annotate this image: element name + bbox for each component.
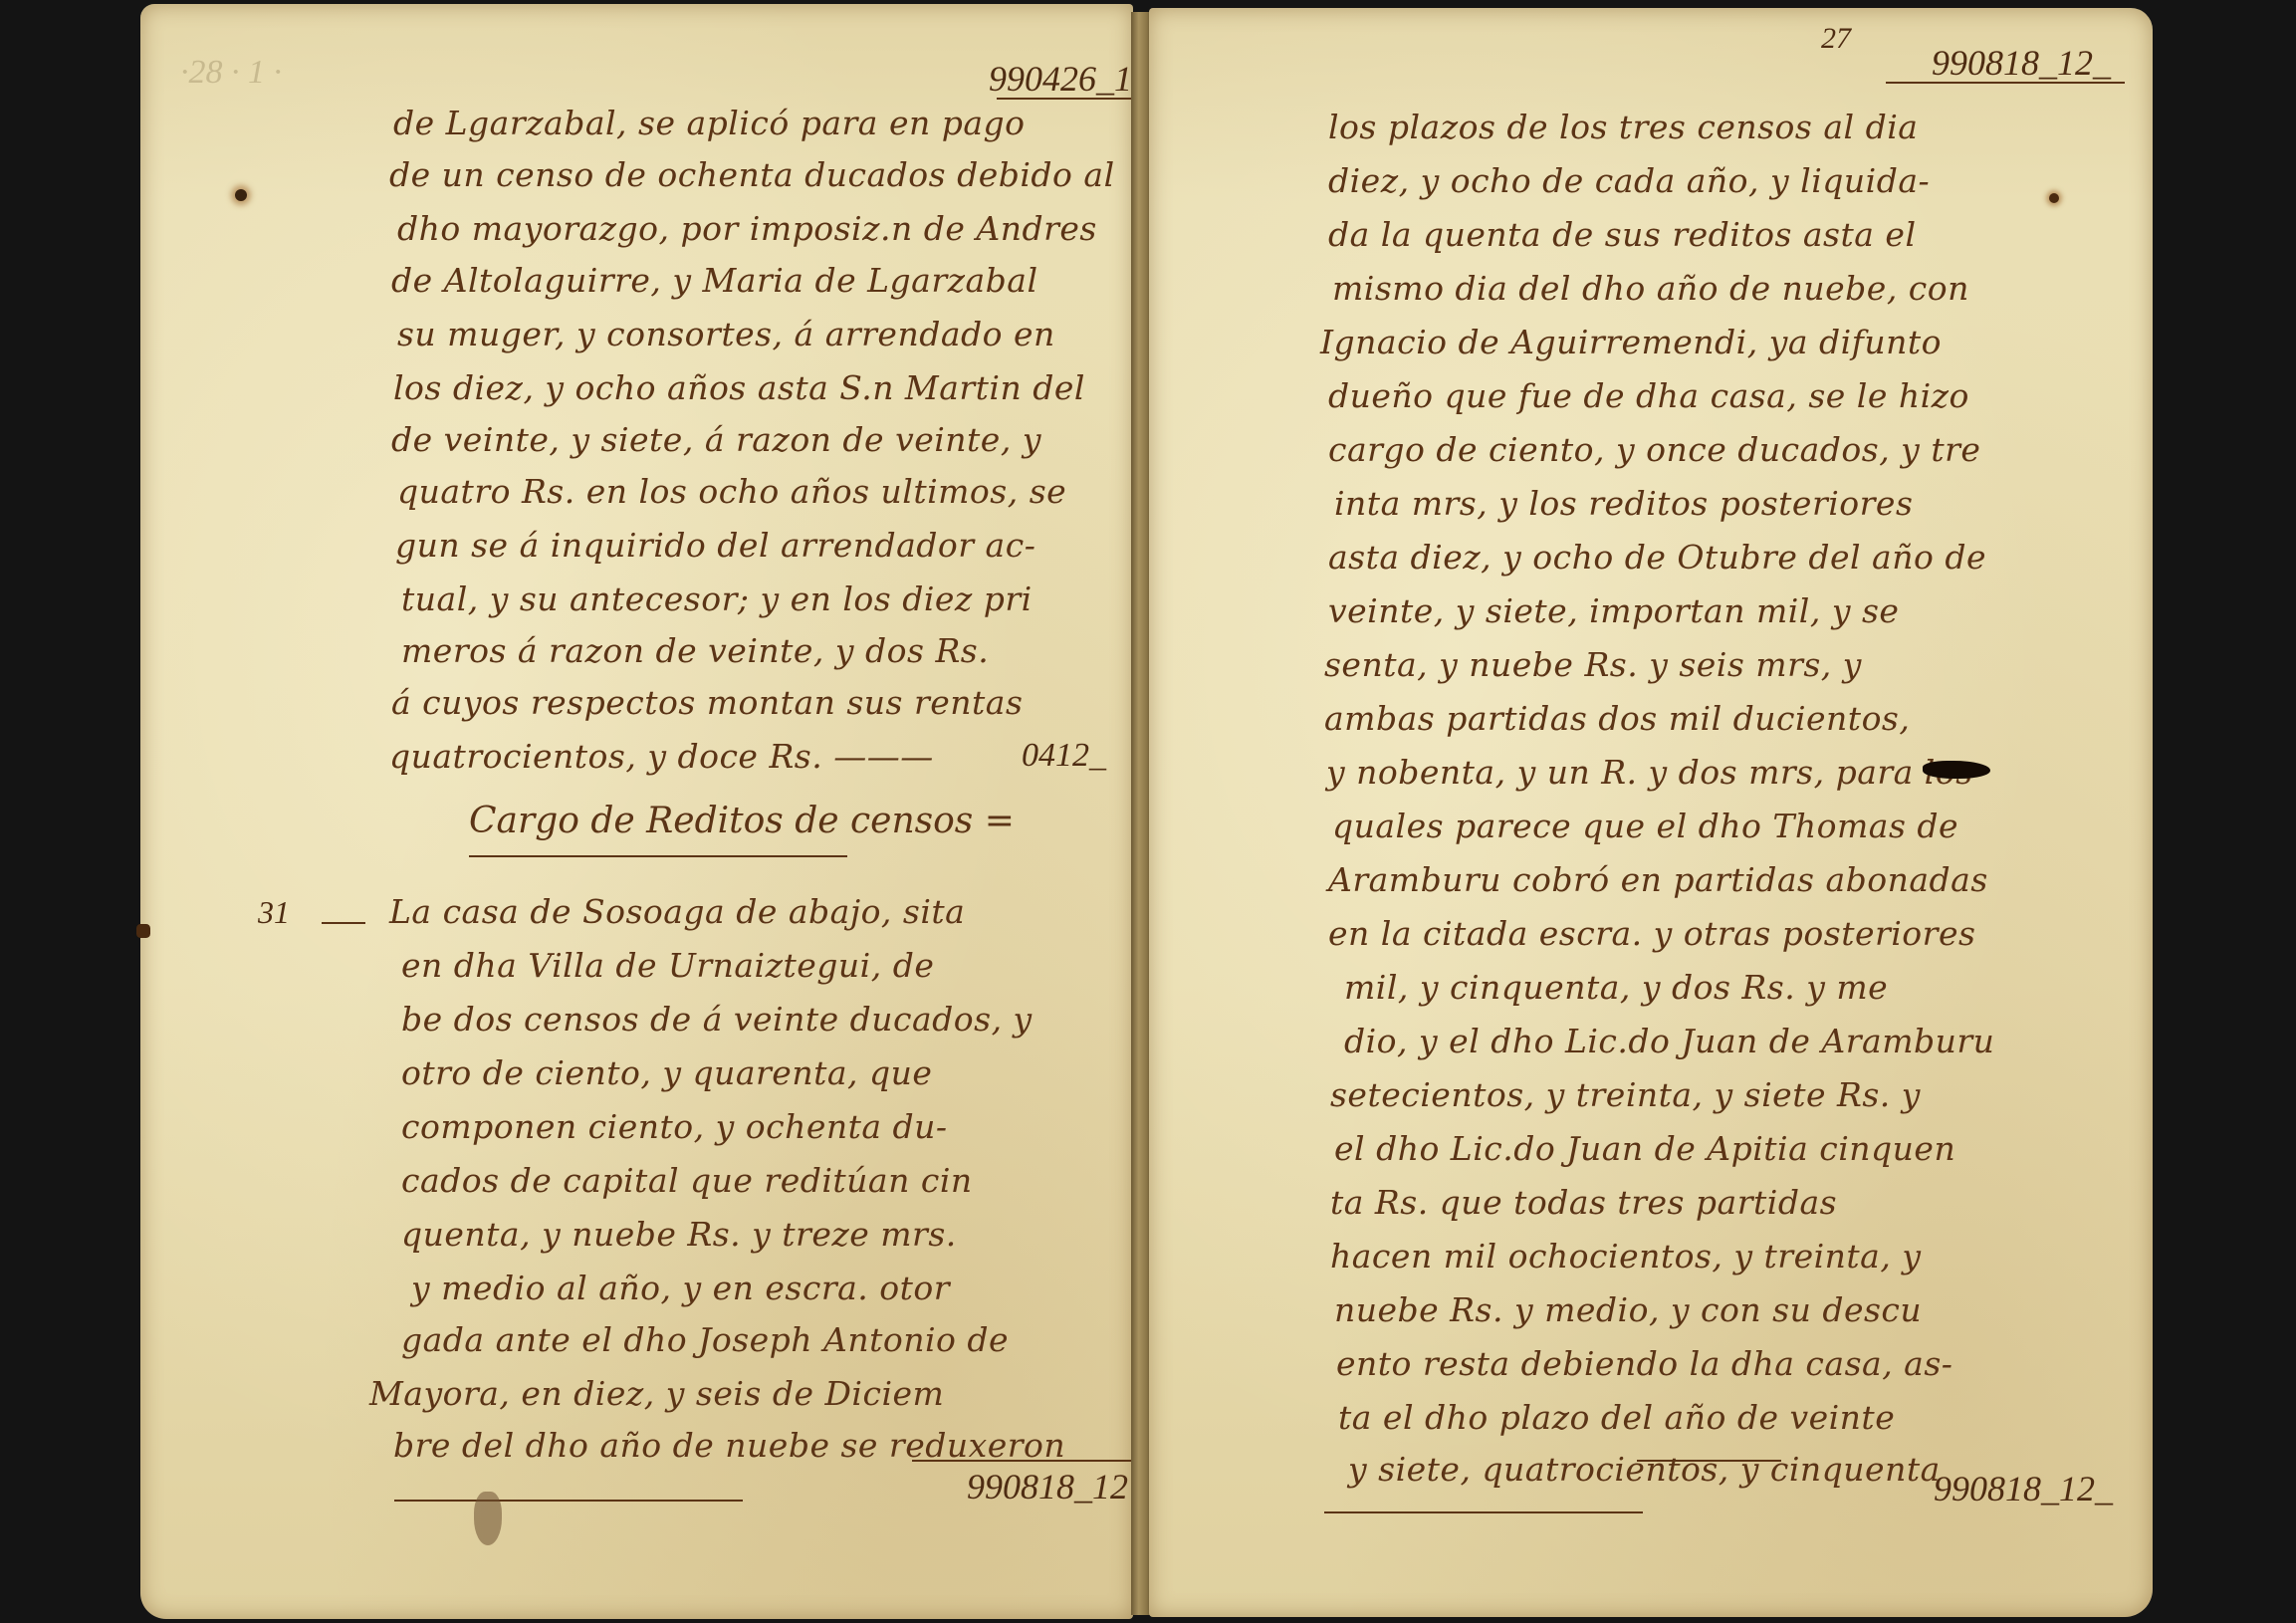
text-line: en la citada escra. y otras posteriores [1328, 914, 1975, 953]
text-line: dueño que fue de dha casa, se le hizo [1328, 376, 1969, 415]
text-line: á cuyos respectos montan sus rentas [391, 683, 1023, 722]
text-line: quatrocientos, y doce Rs. ——— [389, 737, 934, 776]
text-line: y siete, quatrocientos, y cinquenta [1348, 1450, 1941, 1489]
text-line: y medio al año, y en escra. otor [411, 1269, 950, 1307]
text-line: ta Rs. que todas tres partidas [1330, 1183, 1837, 1222]
text-line: asta diez, y ocho de Otubre del año de [1328, 538, 1986, 577]
wormhole-spot [235, 189, 247, 201]
bottom-reference-number: 990818_12_ [1934, 1468, 2113, 1509]
text-line: nuebe Rs. y medio, y con su descu [1334, 1290, 1922, 1329]
text-line: be dos censos de á veinte ducados, y [401, 1000, 1033, 1039]
text-line: ta el dho plazo del año de veinte [1338, 1398, 1895, 1437]
text-line: Aramburu cobró en partidas abonadas [1328, 860, 1988, 899]
bleed-through-text: ·28 · 1 · [180, 54, 282, 92]
text-line: componen ciento, y ochenta du- [401, 1107, 948, 1146]
text-line: dho mayorazgo, por imposiz.n de Andres [397, 209, 1097, 248]
text-line: mismo dia del dho año de nuebe, con [1332, 269, 1969, 308]
text-line: los diez, y ocho años asta S.n Martin de… [393, 368, 1085, 407]
text-line: su muger, y consortes, á arrendado en [397, 315, 1055, 353]
text-line: diez, y ocho de cada año, y liquida- [1328, 161, 1930, 200]
bottom-reference-number: 990818_12 [967, 1466, 1128, 1507]
text-line: quatro Rs. en los ocho años ultimos, se [397, 472, 1066, 511]
top-reference-rule [1886, 82, 2125, 84]
text-line: otro de ciento, y quarenta, que [401, 1053, 932, 1092]
heading-underline [469, 855, 847, 857]
text-line: meros á razon de veinte, y dos Rs. [401, 631, 989, 670]
text-line: gun se á inquirido del arrendador ac- [395, 526, 1035, 565]
text-line: y nobenta, y un R. y dos mrs, para los [1326, 753, 1973, 792]
section-heading: Cargo de Reditos de censos = [469, 801, 1015, 841]
wormhole-spot [2049, 193, 2059, 203]
ink-star-mark [136, 924, 150, 938]
right-page: 27 990818_12_ los plazos de los tres cen… [1149, 8, 2153, 1617]
section-number: 31 [258, 894, 290, 931]
text-line: ento resta debiendo la dha casa, as- [1336, 1344, 1952, 1383]
text-line: inta mrs, y los reditos posteriores [1334, 484, 1913, 523]
left-page: ·28 · 1 · 990426_1 de Lgarzabal, se apli… [140, 4, 1133, 1619]
text-line: los plazos de los tres censos al dia [1328, 108, 1918, 146]
text-line: tual, y su antecesor; y en los diez pri [401, 580, 1033, 618]
text-line: de un censo de ochenta ducados debido al [389, 155, 1115, 194]
ink-blot [1923, 761, 1990, 779]
text-line: Ignacio de Aguirremendi, ya difunto [1320, 323, 1942, 361]
text-line: quales parece que el dho Thomas de [1332, 807, 1958, 845]
text-line: La casa de Sosoaga de abajo, sita [389, 892, 965, 931]
text-line: setecientos, y treinta, y siete Rs. y [1330, 1075, 1921, 1114]
text-line: hacen mil ochocientos, y treinta, y [1330, 1237, 1921, 1275]
text-line: cargo de ciento, y once ducados, y tre [1328, 430, 1980, 469]
margin-reference-number: 0412_ [1022, 737, 1106, 775]
folio-number: 27 [1821, 22, 1851, 56]
text-line: veinte, y siete, importan mil, y se [1328, 591, 1899, 630]
section-number-dash [322, 922, 365, 924]
text-line: el dho Lic.do Juan de Apitia cinquen [1334, 1129, 1955, 1168]
text-line: ambas partidas dos mil ducientos, [1324, 699, 1910, 738]
text-line: mil, y cinquenta, y dos Rs. y me [1344, 968, 1888, 1007]
closing-rule [394, 1500, 743, 1502]
text-line: dio, y el dho Lic.do Juan de Aramburu [1344, 1022, 1994, 1060]
text-line: cados de capital que reditúan cin [401, 1161, 973, 1200]
ink-stain [474, 1492, 502, 1545]
text-line: de Altolaguirre, y Maria de Lgarzabal [391, 261, 1038, 300]
text-line: da la quenta de sus reditos asta el [1328, 215, 1917, 254]
top-reference-rule [997, 98, 1136, 100]
text-line: de Lgarzabal, se aplicó para en pago [393, 104, 1026, 142]
manuscript-spread: ·28 · 1 · 990426_1 de Lgarzabal, se apli… [0, 0, 2296, 1623]
top-reference-number: 990426_1 [989, 58, 1132, 100]
text-line: Mayora, en diez, y seis de Diciem [369, 1374, 944, 1413]
bottom-reference-rule [912, 1460, 1133, 1462]
bottom-reference-rule [1637, 1460, 1781, 1462]
text-line: gada ante el dho Joseph Antonio de [401, 1320, 1009, 1359]
top-reference-number: 990818_12_ [1932, 42, 2111, 84]
text-line: quenta, y nuebe Rs. y treze mrs. [401, 1215, 957, 1254]
text-line: senta, y nuebe Rs. y seis mrs, y [1324, 645, 1862, 684]
text-line: de veinte, y siete, á razon de veinte, y [391, 420, 1041, 459]
closing-rule [1324, 1511, 1643, 1513]
text-line: en dha Villa de Urnaiztegui, de [401, 946, 934, 985]
